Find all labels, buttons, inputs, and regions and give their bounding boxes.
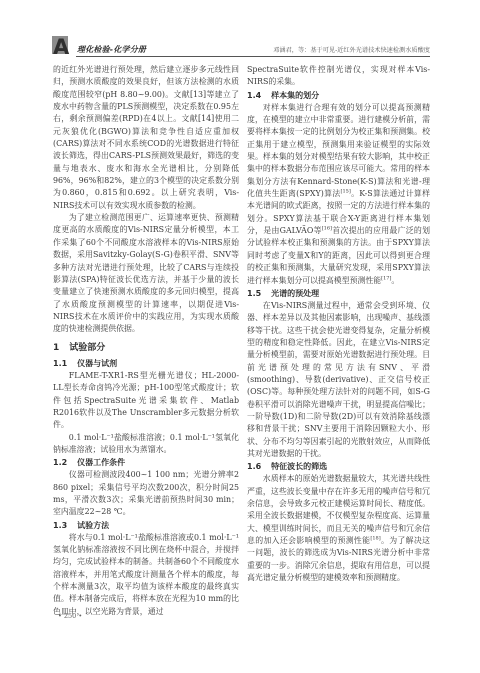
- subsection-heading-1-3: 1.3试验方法: [53, 519, 239, 532]
- continued-paragraph: SpectraSuite软件控制光谱仪，实现对样本Vis-NIRS的采集。: [247, 64, 430, 89]
- journal-name: 理化检验-化学分册: [77, 44, 146, 55]
- section-number: 1: [53, 343, 59, 353]
- citation-ref[interactable]: [16]: [322, 226, 332, 232]
- subsection-number: 1.4: [247, 91, 261, 100]
- subsection-title: 仪器与试剂: [77, 359, 117, 368]
- section-title: 试验部分: [69, 343, 105, 353]
- conditions-paragraph: 仪器可检测波段400~1 100 nm；光谱分辨率2 860 pixel；采集信…: [53, 469, 239, 518]
- sample-division-paragraph: 对样本集进行合理有效的划分可以提高预测精度，在模型的建立中非常重要。进行建模分析…: [247, 102, 430, 287]
- citation-ref[interactable]: [17]: [381, 275, 391, 281]
- subsection-title: 仪器工作条件: [77, 458, 125, 467]
- citation-ref[interactable]: [18]: [370, 535, 380, 541]
- right-column: SpectraSuite软件控制光谱仪，实现对样本Vis-NIRS的采集。 1.…: [247, 64, 430, 584]
- running-title: 邓涵君，等：基于可见-近红外光谱技术快速检测水质酸度: [273, 45, 430, 54]
- intro-paragraph-2: 为了建立检测范围更广、运算速率更快、预测精度更高的水质酸度的Vis-NIRS定量…: [53, 212, 239, 335]
- left-column: 的近红外光谱进行预处理，然后建立逐步多元线性回归，预测水质酸度的效果良好，但该方…: [53, 64, 239, 618]
- method-paragraph: 将水与0.1 mol·L⁻¹盐酸标准溶液或0.1 mol·L⁻¹氢氧化钠标准溶液…: [53, 532, 239, 618]
- journal-logo-icon: A: [50, 34, 74, 58]
- subsection-heading-1-1: 1.1仪器与试剂: [53, 357, 239, 370]
- subsection-title: 光谱的预处理: [271, 289, 319, 298]
- section-heading-1: 1试验部分: [53, 342, 239, 354]
- subsection-number: 1.2: [53, 458, 67, 467]
- page-header: A 理化检验-化学分册 邓涵君，等：基于可见-近红外光谱技术快速检测水质酸度: [50, 34, 430, 56]
- citation-ref[interactable]: [15]: [341, 188, 351, 194]
- text-run: 对样本集进行合理有效的划分可以提高预测精度，在模型的建立中非常重要。进行建模分析…: [247, 103, 430, 198]
- page-number: • 250 •: [58, 612, 82, 620]
- instruments-paragraph: FLAME-T-XR1-RS型光栅光谱仪；HL-2000-LL型长寿命卤钨冷光源…: [53, 370, 239, 432]
- subsection-number: 1.5: [247, 289, 261, 298]
- subsection-number: 1.1: [53, 359, 67, 368]
- preprocessing-paragraph: 在Vis-NIRS测量过程中，通常会受到环境、仪器、样本差异以及其他因素影响，出…: [247, 300, 430, 460]
- header-rule: [76, 56, 430, 57]
- subsection-heading-1-6: 1.6特征波长的筛选: [247, 460, 430, 473]
- text-run: 。: [391, 276, 399, 285]
- subsection-title: 样本集的划分: [271, 91, 319, 100]
- journal-page: A 理化检验-化学分册 邓涵君，等：基于可见-近红外光谱技术快速检测水质酸度 的…: [0, 0, 480, 673]
- subsection-title: 试验方法: [77, 521, 109, 530]
- subsection-heading-1-4: 1.4样本集的划分: [247, 89, 430, 102]
- logo-letter: A: [53, 35, 69, 59]
- wavelength-selection-paragraph: 水质样本的原始光谱数据量较大，其光谱共线性严重，这些波长变量中存在许多无用的噪声…: [247, 473, 430, 584]
- intro-paragraph-1: 的近红外光谱进行预处理，然后建立逐步多元线性回归，预测水质酸度的效果良好，但该方…: [53, 64, 239, 212]
- subsection-title: 特征波长的筛选: [271, 462, 327, 471]
- subsection-number: 1.6: [247, 462, 261, 471]
- subsection-number: 1.3: [53, 521, 67, 530]
- subsection-heading-1-5: 1.5光谱的预处理: [247, 287, 430, 300]
- reagents-paragraph: 0.1 mol·L⁻¹盐酸标准溶液；0.1 mol·L⁻¹氢氧化钠标准溶液；试验…: [53, 432, 239, 457]
- text-run: 水质样本的原始光谱数据量较大，其光谱共线性严重，这些波长变量中存在许多无用的噪声…: [247, 474, 430, 545]
- subsection-heading-1-2: 1.2仪器工作条件: [53, 456, 239, 469]
